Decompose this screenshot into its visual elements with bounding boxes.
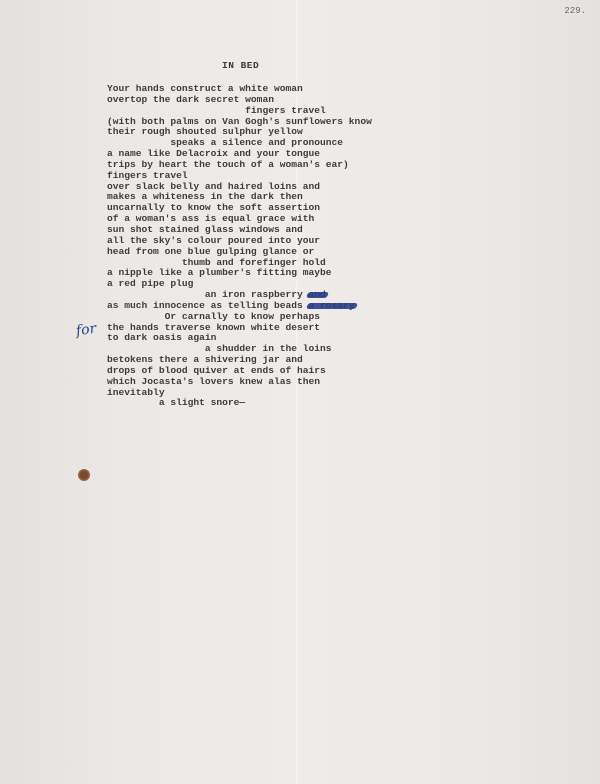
poem-line-text: fingers travel [107,105,326,116]
poem-line-text: drops of blood quiver at ends of hairs [107,365,326,376]
poem-line-text: over slack belly and haired loins and [107,181,320,192]
poem-line-text: of a woman's ass is equal grace with [107,213,314,224]
poem-line-text: their rough shouted sulphur yellow [107,126,303,137]
ink-stain [78,469,90,481]
poem-line-text: overtop the dark secret woman [107,94,274,105]
poem-line: a slight snore— [107,398,372,409]
poem-line-text: head from one blue gulping glance or [107,246,314,257]
poem-line-text: trips by heart the touch of a woman's ea… [107,159,349,170]
poem-line-text: sun shot stained glass windows and [107,224,303,235]
poem-line-text: a name like Delacroix and your tongue [107,148,320,159]
poem-line-text: (with both palms on Van Gogh's sunflower… [107,116,372,127]
poem-line-text: Your hands construct a white woman [107,83,303,94]
poem-line-text: a red pipe plug [107,278,193,289]
poem-line-text: makes a whiteness in the dark then [107,191,303,202]
poem-line-text: uncarnally to know the soft assertion [107,202,320,213]
poem-line-text: a shudder in the loins [107,343,332,354]
poem-line-text: which Jocasta's lovers knew alas then [107,376,320,387]
poem-line-text: to dark oasis again [107,332,216,343]
poem-line-text: fingers travel [107,170,188,181]
poem-line-text: betokens there a shivering jar and [107,354,303,365]
poem-line-text: a nipple like a plumber's fitting maybe [107,267,332,278]
poem-line-text: speaks a silence and pronounce [107,137,343,148]
poem-body: Your hands construct a white womanoverto… [107,84,372,409]
page-number: 229. [564,6,586,16]
poem-title: IN BED [222,60,259,71]
typescript-page: 229. IN BED for Your hands construct a w… [0,0,600,784]
poem-line-text: as much innocence as telling beads [107,300,303,311]
poem-line-text: thumb and forefinger hold [107,257,326,268]
poem-line-text: an iron raspberry [107,289,303,300]
poem-line-text: the hands traverse known white desert [107,322,320,333]
handwritten-margin-note: for [75,321,97,340]
poem-line-text: a slight snore— [107,397,245,408]
poem-line-text: Or carnally to know perhaps [107,311,320,322]
poem-line-text: all the sky's colour poured into your [107,235,320,246]
poem-line-text: inevitably [107,387,165,398]
